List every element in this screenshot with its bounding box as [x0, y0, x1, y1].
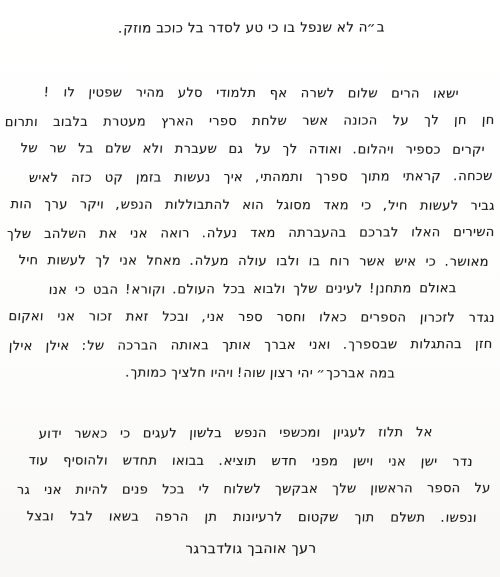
handwritten-line: השירים האלו לברכם בהעברתה מאד נעלה. רואה…	[4, 219, 496, 249]
handwritten-line: שכחה. קראתי מתוך ספרך ותמהתי, איך נעשות …	[26, 163, 494, 193]
handwritten-line: באולם מתחנן! לעינים שלך ולבוא בכל העולם.…	[46, 275, 458, 305]
handwritten-line: חזן בהתגלות שבספרך. ואני אברך אותך באותה…	[6, 331, 494, 361]
handwritten-line: מאושר. כי איש אשר רוח בו ולבו עולה מעלה.…	[16, 247, 490, 277]
letter-page: ב״ה לא שנפל בו כי טע לסדר בל כוכב מוזק. …	[0, 0, 500, 577]
handwritten-line: נגדר לזכרון הספרים כאלו וחסר ספר אני, וב…	[6, 303, 496, 333]
handwritten-line: ישאו הרים שלום לשרה אף תלמודי סלע מהיר ש…	[42, 79, 460, 108]
handwritten-line: אל תלוז לעגיון ומכשפי הנפש בלשון לעגים כ…	[36, 419, 434, 449]
handwritten-line: במה אברכך״ יהי רצון שוה! ויהיו חלציך כמו…	[93, 359, 427, 390]
opening-line: ב״ה לא שנפל בו כי טע לסדר בל כוכב מוזק.	[60, 13, 442, 43]
handwritten-line: על הספר הראשון שלך אבקשך לשלוח לי בכל פנ…	[14, 475, 492, 505]
handwritten-line: חן חן לך על הכונה אשר שלחת ספרי הארץ מעט…	[2, 107, 496, 137]
handwritten-line: גביר לעשות חיל, כי מאד מסוגל הוא להתבולל…	[8, 191, 496, 221]
signature-line: רעך אוהבך גולדברגר	[148, 534, 352, 565]
handwritten-line: יקרים כספיר ויהלום. ואודה לך על גם שעברת…	[18, 135, 486, 165]
handwritten-line: נדר ישן אני וישן מפני חדש תוציא. בבואו ת…	[26, 447, 474, 477]
handwritten-line: ונפשו. תשלם תוך שקטום לרעיונות תן הרפה ב…	[24, 503, 478, 533]
